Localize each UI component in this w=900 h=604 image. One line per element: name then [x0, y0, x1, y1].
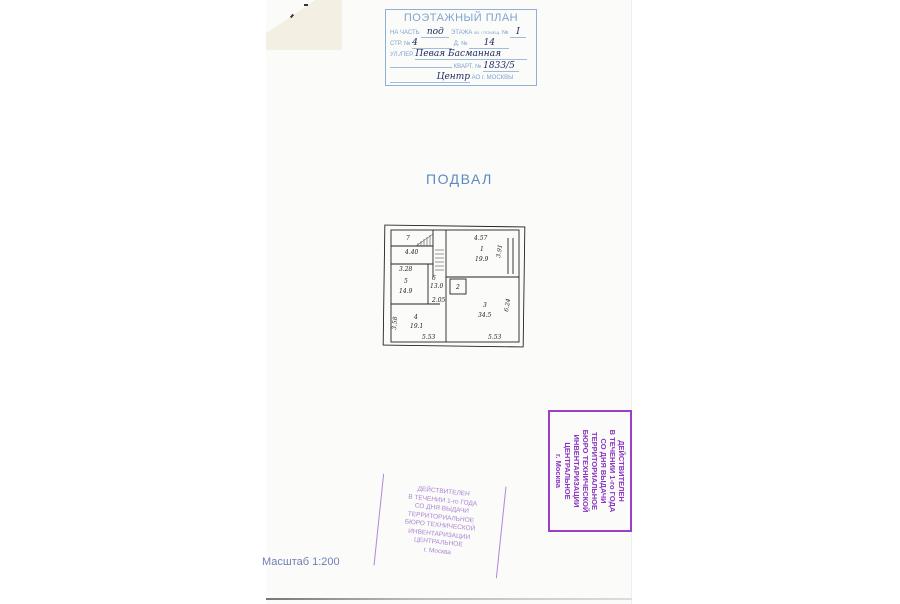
- room-3-width: 5.53: [488, 334, 502, 341]
- room-3-area: 34.5: [478, 312, 492, 319]
- label-street: УЛ./ПЕР.: [390, 52, 414, 58]
- stamp-line: СО ДНЯ ВЫДАЧИ: [599, 414, 608, 528]
- stamp-line: ДЕЙСТВИТЕЛЕН: [617, 414, 626, 528]
- validity-stamp-faded: ДЕЙСТВИТЕЛЕН В ТЕЧЕНИИ 1-го ГОДА СО ДНЯ …: [374, 474, 507, 578]
- floor-plan-stamp: ПОЭТАЖНЫЙ ПЛАН НА ЧАСТЬ под ЭТАЖА КВ. / …: [385, 9, 537, 86]
- stamp-line: БЮРО ТЕХНИЧЕСКОЙ: [581, 414, 590, 528]
- stamp-line: В ТЕЧЕНИИ 1-го ГОДА: [608, 414, 617, 528]
- validity-stamp-text: ДЕЙСТВИТЕЛЕН В ТЕЧЕНИИ 1-го ГОДА СО ДНЯ …: [554, 414, 626, 528]
- room-6-area: 13.0: [430, 283, 444, 290]
- folded-corner: [266, 0, 342, 50]
- label-floor-sub: КВ. / ПОМЕЩ.: [474, 30, 500, 35]
- room-7-width: 4.40: [404, 249, 419, 256]
- room-6-width: 2.05: [431, 297, 446, 304]
- stamp-row-street: УЛ./ПЕР. Певая Басманная: [390, 49, 532, 60]
- room-1-width: 4.57: [473, 235, 488, 242]
- stamp-row-district: Центр АО г. МОСКВЫ: [390, 72, 532, 83]
- label-part: НА ЧАСТЬ: [390, 30, 420, 36]
- label-floor: ЭТАЖА: [451, 30, 472, 36]
- room-7-number: 7: [406, 235, 410, 242]
- room-5-number: 5: [404, 278, 408, 285]
- sheet-edge: [266, 598, 632, 600]
- value-district: Центр: [437, 72, 470, 82]
- label-block: КВАРТ. №: [454, 64, 482, 70]
- label-no: №: [502, 30, 508, 36]
- floor-heading: ПОДВАЛ: [426, 171, 493, 187]
- floor-plan-drawing: 7 4.40 4.57 1 19.9 3.91 3.28 5 14.9 6 13…: [380, 222, 528, 350]
- room-3-number: 3: [483, 302, 487, 309]
- room-5-area: 14.9: [399, 288, 413, 295]
- room-5-width: 3.28: [399, 266, 413, 273]
- validity-stamp: ДЕЙСТВИТЕЛЕН В ТЕЧЕНИИ 1-го ГОДА СО ДНЯ …: [548, 410, 632, 532]
- value-street: Певая Басманная: [415, 49, 501, 59]
- faded-stamp-text: ДЕЙСТВИТЕЛЕН В ТЕЧЕНИИ 1-го ГОДА СО ДНЯ …: [382, 482, 499, 561]
- stamp-line: г. Москва: [554, 414, 563, 528]
- room-1-number: 1: [480, 246, 484, 253]
- value-building: 4: [412, 38, 418, 48]
- room-6-number: 6: [432, 275, 436, 282]
- value-part: под: [427, 27, 444, 37]
- stamp-row-part: НА ЧАСТЬ под ЭТАЖА КВ. / ПОМЕЩ. № I: [390, 27, 532, 38]
- stamp-line: ИНВЕНТАРИЗАЦИИ: [572, 414, 581, 528]
- room-2-number: 2: [455, 284, 460, 291]
- floor-plan: 7 4.40 4.57 1 19.9 3.91 3.28 5 14.9 6 13…: [380, 222, 528, 350]
- label-district: АО г. МОСКВЫ: [472, 75, 514, 81]
- room-1-depth: 3.91: [495, 244, 504, 258]
- label-house: Д. №: [454, 41, 468, 47]
- room-4-number: 4: [413, 314, 418, 321]
- corner-mark: [304, 4, 308, 6]
- stamp-title: ПОЭТАЖНЫЙ ПЛАН: [386, 12, 536, 24]
- room-3-depth: 6.24: [503, 298, 512, 313]
- value-no: I: [516, 27, 520, 37]
- room-4-depth: 3.58: [391, 316, 399, 330]
- room-4-area: 19.1: [410, 323, 423, 330]
- stamp-line: ТЕРРИТОРИАЛЬНОЕ: [590, 414, 599, 528]
- room-4-width: 5.53: [422, 334, 436, 341]
- stamp-row-building: СТР. № 4 Д. № 14: [390, 38, 532, 49]
- folded-flap: [266, 0, 342, 50]
- value-house: 14: [484, 38, 495, 48]
- value-block: 1833/5: [483, 61, 515, 71]
- scale-label: Масштаб 1:200: [262, 556, 340, 568]
- room-1-area: 19.9: [475, 256, 489, 263]
- stamp-row-block: КВАРТ. № 1833/5: [390, 61, 532, 72]
- label-building: СТР. №: [390, 41, 410, 47]
- stamp-line: ЦЕНТРАЛЬНОЕ: [563, 414, 572, 528]
